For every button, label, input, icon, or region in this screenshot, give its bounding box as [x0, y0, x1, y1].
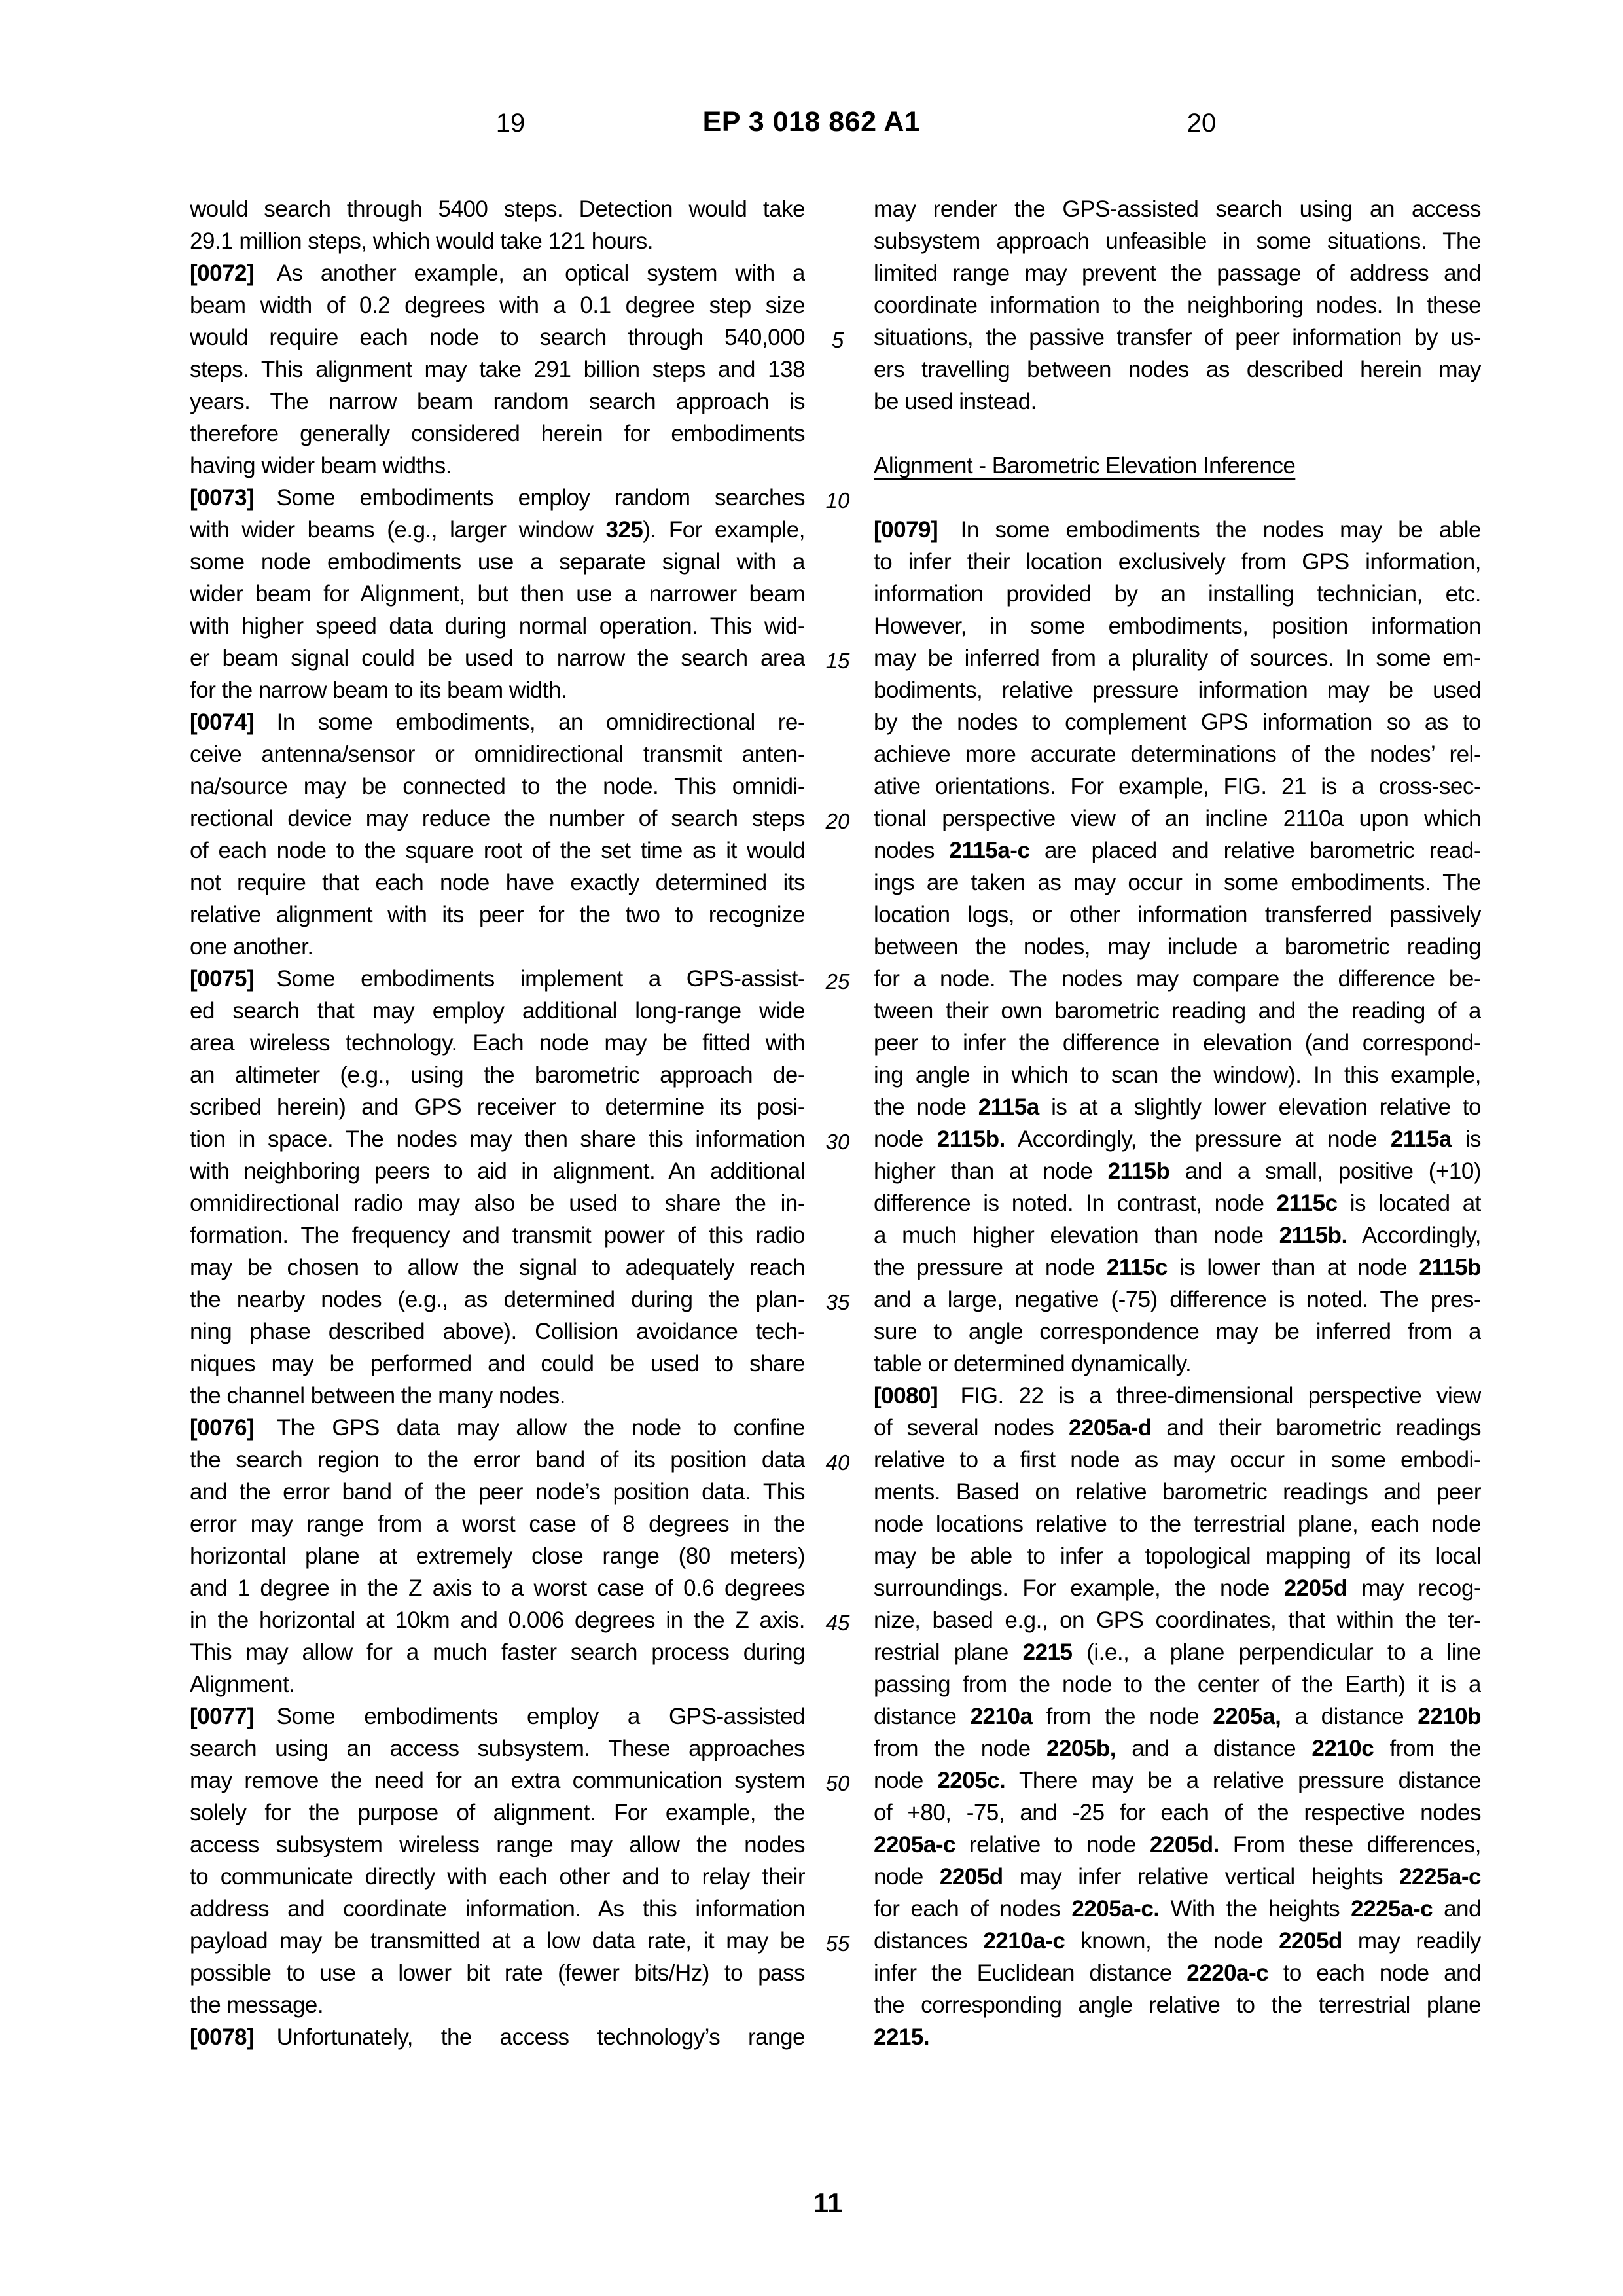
text-line: distance 2210a from the node 2205a, a di… [874, 1700, 1481, 1732]
text-line: limited range may prevent the passage of… [874, 257, 1481, 289]
text-line: access subsystem wireless range may allo… [190, 1829, 805, 1861]
text-line: having wider beam widths. [190, 450, 805, 482]
text-line: between the nodes, may include a baromet… [874, 931, 1481, 963]
text-line: of several nodes 2205a-d and their barom… [874, 1412, 1481, 1444]
text-line: ative orientations. For example, FIG. 21… [874, 770, 1481, 802]
text-line: coordinate information to the neighborin… [874, 289, 1481, 321]
text-line: beam width of 0.2 degrees with a 0.1 deg… [190, 289, 805, 321]
text-line: may render the GPS-assisted search using… [874, 193, 1481, 225]
text-line: relative alignment with its peer for the… [190, 899, 805, 931]
gutter-line-number: 25 [810, 965, 865, 997]
text-line: payload may be transmitted at a low data… [190, 1925, 805, 1957]
text-line: address and coordinate information. As t… [190, 1893, 805, 1925]
text-line: and a large, negative (-75) difference i… [874, 1283, 1481, 1316]
text-line: may remove the need for an extra communi… [190, 1765, 805, 1797]
text-line: an altimeter (e.g., using the barometric… [190, 1059, 805, 1091]
text-line: ers travelling between nodes as describe… [874, 353, 1481, 386]
text-line: achieve more accurate determinations of … [874, 738, 1481, 770]
text-line: steps. This alignment may take 291 billi… [190, 353, 805, 386]
blank-line [874, 482, 1481, 514]
text-line: area wireless technology. Each node may … [190, 1027, 805, 1059]
text-line: with higher speed data during normal ope… [190, 610, 805, 642]
gutter-line-number: 5 [810, 324, 865, 356]
text-line: not require that each node have exactly … [190, 867, 805, 899]
text-line: may be inferred from a plurality of sour… [874, 642, 1481, 674]
text-line: nodes 2115a-c are placed and relative ba… [874, 834, 1481, 867]
gutter-line-number: 45 [810, 1607, 865, 1639]
text-line: of +80, -75, and -25 for each of the res… [874, 1797, 1481, 1829]
text-line: peer to infer the difference in elevatio… [874, 1027, 1481, 1059]
text-line: search using an access subsystem. These … [190, 1732, 805, 1765]
gutter-line-number: 15 [810, 645, 865, 677]
text-line: the corresponding angle relative to the … [874, 1989, 1481, 2021]
text-line: to infer their location exclusively from… [874, 546, 1481, 578]
text-line: ings are taken as may occur in some embo… [874, 867, 1481, 899]
text-line: formation. The frequency and transmit po… [190, 1219, 805, 1251]
text-line: a much higher elevation than node 2115b.… [874, 1219, 1481, 1251]
text-line: passing from the node to the center of t… [874, 1668, 1481, 1700]
text-line: 2215. [874, 2021, 1481, 2053]
text-line: scribed herein) and GPS receiver to dete… [190, 1091, 805, 1123]
footer-page-number: 11 [776, 2187, 880, 2219]
text-line: the pressure at node 2115c is lower than… [874, 1251, 1481, 1283]
text-line: node 2115b. Accordingly, the pressure at… [874, 1123, 1481, 1155]
section-heading: Alignment - Barometric Elevation Inferen… [874, 450, 1481, 482]
text-line: difference is noted. In contrast, node 2… [874, 1187, 1481, 1219]
text-line: table or determined dynamically. [874, 1348, 1481, 1380]
text-line: tional perspective view of an incline 21… [874, 802, 1481, 834]
text-line: omnidirectional radio may also be used t… [190, 1187, 805, 1219]
text-line: years. The narrow beam random search app… [190, 386, 805, 418]
text-line: error may range from a worst case of 8 d… [190, 1508, 805, 1540]
text-line: However, in some embodiments, position i… [874, 610, 1481, 642]
text-line: node 2205c. There may be a relative pres… [874, 1765, 1481, 1797]
text-line: be used instead. [874, 386, 1481, 418]
text-line: infer the Euclidean distance 2220a-c to … [874, 1957, 1481, 1989]
text-line: [0078] Unfortunately, the access technol… [190, 2021, 805, 2053]
text-line: [0073] Some embodiments employ random se… [190, 482, 805, 514]
text-line: ed search that may employ additional lon… [190, 995, 805, 1027]
text-line: [0077] Some embodiments employ a GPS-ass… [190, 1700, 805, 1732]
text-line: in the horizontal at 10km and 0.006 degr… [190, 1604, 805, 1636]
text-line: 29.1 million steps, which would take 121… [190, 225, 805, 257]
text-line: the message. [190, 1989, 805, 2021]
text-line: distances 2210a-c known, the node 2205d … [874, 1925, 1481, 1957]
text-line: information provided by an installing te… [874, 578, 1481, 610]
text-line: would search through 5400 steps. Detecti… [190, 193, 805, 225]
text-line: node 2205d may infer relative vertical h… [874, 1861, 1481, 1893]
text-line: tween their own barometric reading and t… [874, 995, 1481, 1027]
text-line: sure to angle correspondence may be infe… [874, 1316, 1481, 1348]
text-line: [0075] Some embodiments implement a GPS-… [190, 963, 805, 995]
text-line: with wider beams (e.g., larger window 32… [190, 514, 805, 546]
text-line: 2205a-c relative to node 2205d. From the… [874, 1829, 1481, 1861]
text-line: one another. [190, 931, 805, 963]
right-text-column: may render the GPS-assisted search using… [874, 193, 1481, 2053]
text-line: would require each node to search throug… [190, 321, 805, 353]
text-line: higher than at node 2115b and a small, p… [874, 1155, 1481, 1187]
text-line: ning phase described above). Collision a… [190, 1316, 805, 1348]
patent-document-page: { "header": { "left_column_page_number":… [0, 0, 1623, 2296]
text-line: situations, the passive transfer of peer… [874, 321, 1481, 353]
blank-line [874, 418, 1481, 450]
text-line: and the error band of the peer node’s po… [190, 1476, 805, 1508]
text-line: the channel between the many nodes. [190, 1380, 805, 1412]
left-text-column: would search through 5400 steps. Detecti… [190, 193, 805, 2053]
text-line: by the nodes to complement GPS informati… [874, 706, 1481, 738]
text-line: [0076] The GPS data may allow the node t… [190, 1412, 805, 1444]
gutter-line-number: 55 [810, 1928, 865, 1960]
text-line: [0072] As another example, an optical sy… [190, 257, 805, 289]
text-line: Alignment. [190, 1668, 805, 1700]
text-line: of each node to the square root of the s… [190, 834, 805, 867]
text-line: ments. Based on relative barometric read… [874, 1476, 1481, 1508]
text-line: This may allow for a much faster search … [190, 1636, 805, 1668]
text-line: location logs, or other information tran… [874, 899, 1481, 931]
text-line: horizontal plane at extremely close rang… [190, 1540, 805, 1572]
text-line: subsystem approach unfeasible in some si… [874, 225, 1481, 257]
text-line: bodiments, relative pressure information… [874, 674, 1481, 706]
text-line: nize, based e.g., on GPS coordinates, th… [874, 1604, 1481, 1636]
gutter-line-number: 35 [810, 1286, 865, 1318]
gutter-line-number: 20 [810, 805, 865, 837]
text-line: ceive antenna/sensor or omnidirectional … [190, 738, 805, 770]
text-line: may be chosen to allow the signal to ade… [190, 1251, 805, 1283]
gutter-line-number: 50 [810, 1767, 865, 1799]
text-line: er beam signal could be used to narrow t… [190, 642, 805, 674]
text-line: therefore generally considered herein fo… [190, 418, 805, 450]
text-line: the nearby nodes (e.g., as determined du… [190, 1283, 805, 1316]
text-line: restrial plane 2215 (i.e., a plane perpe… [874, 1636, 1481, 1668]
header-document-number: EP 3 018 862 A1 [0, 106, 1623, 138]
text-line: [0079] In some embodiments the nodes may… [874, 514, 1481, 546]
text-line: solely for the purpose of alignment. For… [190, 1797, 805, 1829]
gutter-line-number: 10 [810, 484, 865, 516]
gutter-line-number: 30 [810, 1126, 865, 1158]
text-line: with neighboring peers to aid in alignme… [190, 1155, 805, 1187]
text-line: relative to a first node as may occur in… [874, 1444, 1481, 1476]
text-line: the search region to the error band of i… [190, 1444, 805, 1476]
text-line: possible to use a lower bit rate (fewer … [190, 1957, 805, 1989]
text-line: niques may be performed and could be use… [190, 1348, 805, 1380]
text-line: may be able to infer a topological mappi… [874, 1540, 1481, 1572]
text-line: to communicate directly with each other … [190, 1861, 805, 1893]
text-line: [0080] FIG. 22 is a three-dimensional pe… [874, 1380, 1481, 1412]
text-line: the node 2115a is at a slightly lower el… [874, 1091, 1481, 1123]
text-line: tion in space. The nodes may then share … [190, 1123, 805, 1155]
text-line: wider beam for Alignment, but then use a… [190, 578, 805, 610]
header-right-column-page-number: 20 [1149, 109, 1254, 138]
text-line: surroundings. For example, the node 2205… [874, 1572, 1481, 1604]
text-line: and 1 degree in the Z axis to a worst ca… [190, 1572, 805, 1604]
text-line: rectional device may reduce the number o… [190, 802, 805, 834]
text-line: [0074] In some embodiments, an omnidirec… [190, 706, 805, 738]
text-line: from the node 2205b, and a distance 2210… [874, 1732, 1481, 1765]
text-line: for the narrow beam to its beam width. [190, 674, 805, 706]
text-line: ing angle in which to scan the window). … [874, 1059, 1481, 1091]
text-line: for each of nodes 2205a-c. With the heig… [874, 1893, 1481, 1925]
gutter-line-number: 40 [810, 1446, 865, 1479]
text-line: some node embodiments use a separate sig… [190, 546, 805, 578]
text-line: na/source may be connected to the node. … [190, 770, 805, 802]
text-line: for a node. The nodes may compare the di… [874, 963, 1481, 995]
text-line: node locations relative to the terrestri… [874, 1508, 1481, 1540]
